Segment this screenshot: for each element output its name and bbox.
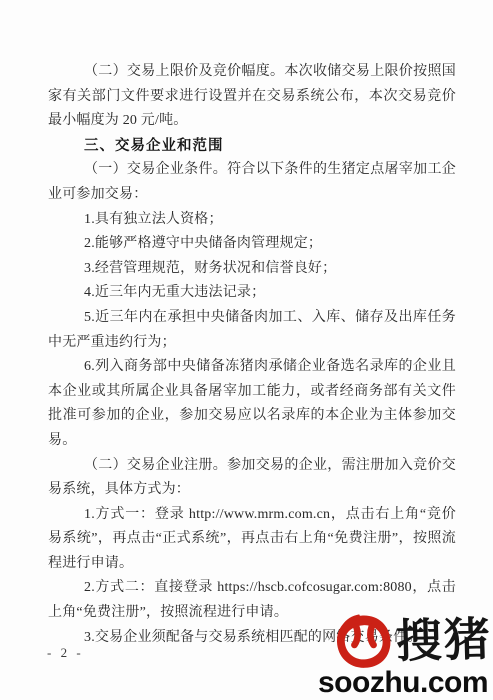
- document-line: 3.经营管理规范，财务状况和信誉良好；: [48, 257, 456, 282]
- document-line: 业可参加交易：: [48, 183, 456, 208]
- document-line: 2.能够严格遵守中央储备肉管理规定；: [48, 232, 456, 257]
- document-line: 易系统”，再点击“正式系统”，再点击右上角“免费注册”，按照流: [48, 527, 456, 552]
- document-line: 最小幅度为 20 元/吨。: [48, 109, 456, 134]
- document-line: 易。: [48, 429, 456, 454]
- document-line: 本企业或其所属企业具备屠宰加工能力，或者经商务部有关文件: [48, 380, 456, 405]
- document-line: 易系统，具体方式为：: [48, 478, 456, 503]
- document-line: （二）交易企业注册。参加交易的企业，需注册加入竞价交: [48, 454, 456, 479]
- document-line: 批准可参加的企业，参加交易应以名录库的本企业为主体参加交: [48, 404, 456, 429]
- document-line: 4.近三年内无重大违法记录；: [48, 281, 456, 306]
- document-line: 中无严重违约行为；: [48, 331, 456, 356]
- document-line: 上角“免费注册”，按照流程进行申请。: [48, 601, 456, 626]
- document-line: 1.具有独立法人资格；: [48, 208, 456, 233]
- watermark-domain-text: soozhu.com: [318, 666, 488, 700]
- document-line: 1.方式一：登录 http://www.mrm.com.cn，点击右上角“竞价交: [48, 503, 456, 528]
- document-page: （二）交易上限价及竞价幅度。本次收储交易上限价按照国家有关部门文件要求进行设置并…: [0, 0, 493, 700]
- document-line: 家有关部门文件要求进行设置并在交易系统公布，本次交易竞价: [48, 85, 456, 110]
- document-line: （二）交易上限价及竞价幅度。本次收储交易上限价按照国: [48, 60, 456, 85]
- document-line: 6.列入商务部中央储备冻猪肉承储企业备选名录库的企业且: [48, 355, 456, 380]
- document-line: （一）交易企业条件。符合以下条件的生猪定点屠宰加工企: [48, 158, 456, 183]
- document-line: 2.方式二：直接登录 https://hscb.cofcosugar.com:8…: [48, 576, 456, 601]
- document-line: 3.交易企业须配备与交易系统相匹配的网络交易条件。: [48, 626, 456, 651]
- page-number: - 2 -: [47, 645, 84, 661]
- document-line: 程进行申请。: [48, 552, 456, 577]
- document-body: （二）交易上限价及竞价幅度。本次收储交易上限价按照国家有关部门文件要求进行设置并…: [48, 60, 456, 650]
- document-line: 5.近三年内在承担中央储备肉加工、入库、储存及出库任务: [48, 306, 456, 331]
- document-line: 三、交易企业和范围: [48, 134, 456, 159]
